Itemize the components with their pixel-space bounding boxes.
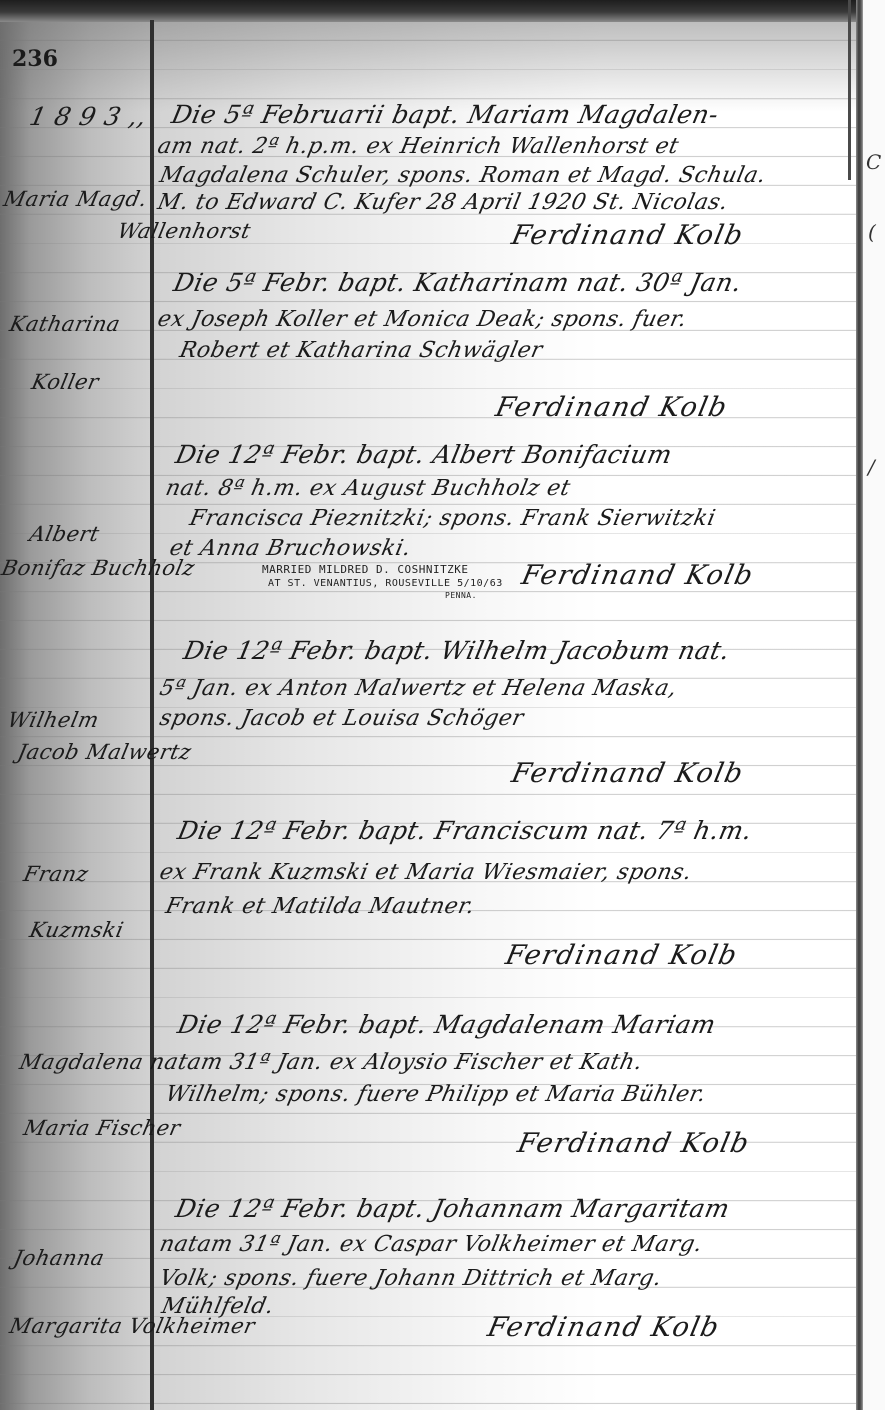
entry-line: natam 31ª Jan. ex Caspar Volkheimer et M… — [157, 1232, 705, 1257]
entry-line: ex Frank Kuzmski et Maria Wiesmaier, spo… — [157, 860, 694, 885]
margin-name: Katharina — [7, 312, 122, 336]
book-gutter — [856, 0, 863, 1410]
year-heading: 1 8 9 3 ,, — [27, 102, 149, 131]
scan-top-shadow — [0, 0, 885, 22]
margin-name: Maria Fischer — [21, 1116, 182, 1140]
margin-name: Wallenhorst — [115, 219, 253, 243]
priest-signature: Ferdinand Kolb — [509, 758, 747, 789]
margin-name: Koller — [29, 370, 101, 394]
entry-line: Die 12ª Febr. bapt. Wilhelm Jacobum nat. — [181, 636, 733, 665]
margin-name: Franz — [21, 862, 90, 886]
priest-signature: Ferdinand Kolb — [509, 220, 747, 251]
entry-line: Die 12ª Febr. bapt. Franciscum nat. 7ª h… — [175, 816, 755, 845]
marriage-annotation: MARRIED MILDRED D. COSHNITZKE — [262, 563, 469, 576]
entry-line: Robert et Katharina Schwägler — [177, 338, 545, 363]
entry-line: Wilhelm; spons. fuere Philipp et Maria B… — [163, 1082, 708, 1107]
entry-line: spons. Jacob et Louisa Schöger — [157, 706, 526, 731]
margin-name: Johanna — [11, 1246, 106, 1270]
entry-line: Magdalena Schuler, spons. Roman et Magd.… — [157, 163, 768, 188]
facing-page-text: ( — [868, 220, 876, 244]
entry-line: Mühlfeld. — [159, 1294, 276, 1319]
margin-name: Wilhelm — [5, 708, 101, 732]
margin-name: Albert — [27, 522, 101, 546]
entry-line: Die 12ª Febr. bapt. Albert Bonifacium — [173, 440, 675, 469]
gutter-fold-line — [848, 0, 851, 180]
entry-line: Die 5ª Februarii bapt. Mariam Magdalen- — [169, 100, 721, 129]
entry-line: 5ª Jan. ex Anton Malwertz et Helena Mask… — [157, 676, 679, 701]
entry-line: natam 31ª Jan. ex Aloysio Fischer et Kat… — [147, 1050, 645, 1075]
scan-top-shade — [0, 22, 885, 112]
margin-name: Maria Magd. — [1, 187, 149, 211]
entry-line: am nat. 2ª h.p.m. ex Heinrich Wallenhors… — [155, 134, 681, 159]
priest-signature: Ferdinand Kolb — [515, 1128, 753, 1159]
priest-signature: Ferdinand Kolb — [485, 1312, 723, 1343]
priest-signature: Ferdinand Kolb — [503, 940, 741, 971]
margin-name: Kuzmski — [27, 918, 126, 942]
facing-page-text: C — [866, 150, 881, 174]
register-page: 236 1 8 9 3 ,, Maria Magd. Wallenhorst D… — [0, 0, 885, 1410]
entry-line: Francisca Pieznitzki; spons. Frank Sierw… — [187, 506, 718, 531]
marriage-annotation: PENNA. — [445, 591, 477, 600]
entry-line: Volk; spons. fuere Johann Dittrich et Ma… — [157, 1266, 664, 1291]
entry-line: Die 12ª Febr. bapt. Magdalenam Mariam — [175, 1010, 719, 1039]
entry-line: Frank et Matilda Mautner. — [163, 894, 477, 919]
entry-line: nat. 8ª h.m. ex August Buchholz et — [163, 476, 572, 501]
entry-line: et Anna Bruchowski. — [167, 536, 413, 561]
entry-line: Die 5ª Febr. bapt. Katharinam nat. 30ª J… — [171, 268, 745, 297]
margin-name: Magdalena — [17, 1050, 145, 1074]
marriage-annotation: AT ST. VENANTIUS, ROUSEVILLE 5/10/63 — [268, 578, 503, 589]
priest-signature: Ferdinand Kolb — [519, 560, 757, 591]
facing-page-edge — [863, 0, 885, 1410]
entry-line: ex Joseph Koller et Monica Deak; spons. … — [155, 307, 689, 332]
entry-line: Die 12ª Febr. bapt. Johannam Margaritam — [173, 1194, 733, 1223]
page-number: 236 — [12, 46, 58, 72]
entry-line: M. to Edward C. Kufer 28 April 1920 St. … — [155, 190, 730, 215]
margin-name: Jacob Malwertz — [15, 740, 193, 764]
priest-signature: Ferdinand Kolb — [493, 392, 731, 423]
facing-page-text: / — [868, 455, 875, 479]
